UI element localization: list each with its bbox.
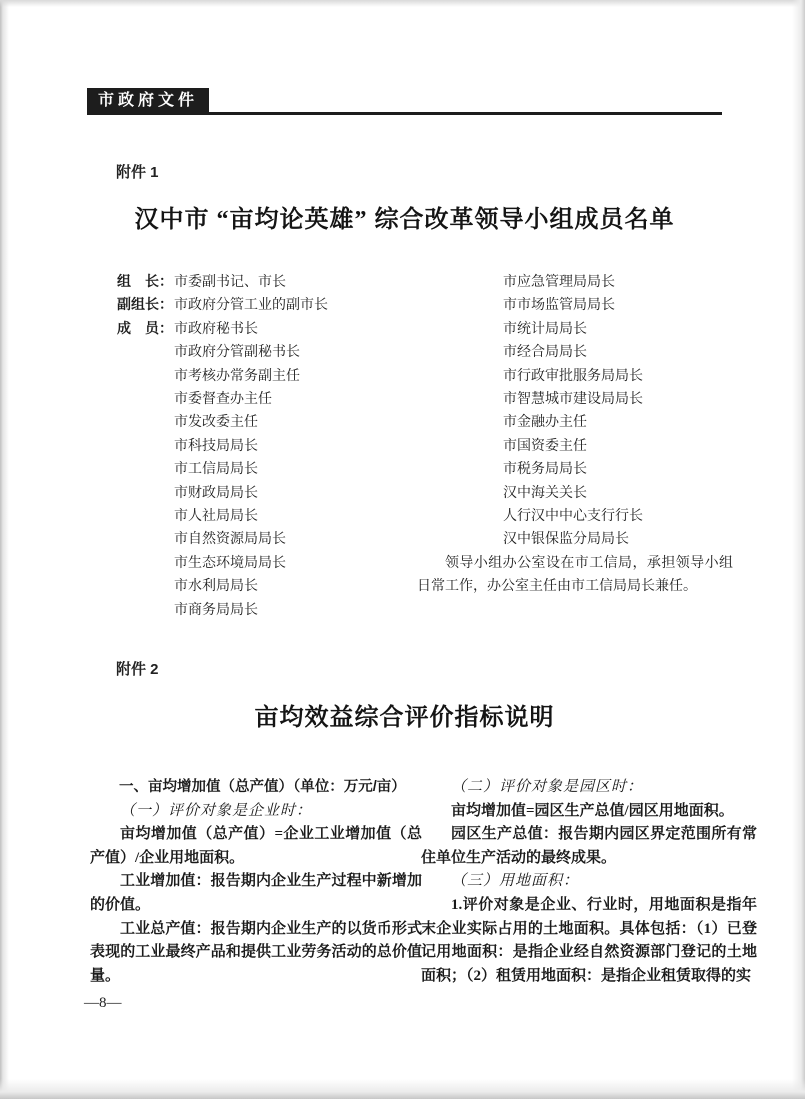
- page-edge-bottom: [0, 1079, 805, 1099]
- roster-row: 市科技局局长: [117, 435, 328, 458]
- roster-left-column: 组 长：市委副书记、市长 副组长：市政府分管工业的副市长 成 员：市政府秘书长 …: [117, 271, 328, 622]
- roster-member-name: 市金融办主任: [503, 415, 587, 430]
- roster-member-name: 市统计局局长: [503, 322, 587, 337]
- roster-role-label: 成 员：: [117, 318, 174, 341]
- header-label: 市政府文件: [87, 88, 209, 112]
- roster-member-name: 市政府分管副秘书长: [174, 345, 300, 360]
- roster-row: 市国资委主任: [503, 435, 643, 458]
- roster-member-name: 市生态环境局局长: [174, 556, 286, 571]
- roster-row: 市市场监管局局长: [503, 294, 643, 317]
- scanned-document-page: 市政府文件 附件 1 汉中市 “亩均论英雄” 综合改革领导小组成员名单 组 长：…: [0, 0, 805, 1099]
- roster-row: 市委督查办主任: [117, 388, 328, 411]
- roster-member-name: 汉中银保监分局局长: [503, 532, 629, 547]
- attachment2-label: 附件 2: [116, 658, 159, 679]
- roster-member-name: 市行政审批服务局局长: [503, 369, 643, 384]
- roster-member-name: 市智慧城市建设局局长: [503, 392, 643, 407]
- roster-row: 市工信局局长: [117, 458, 328, 481]
- body-paragraph: 亩均增加值=园区生产总值/园区用地面积。: [421, 800, 757, 824]
- body-paragraph: 亩均增加值（总产值）=企业工业增加值（总产值）/企业用地面积。: [90, 823, 422, 870]
- body-paragraph: 工业增加值：报告期内企业生产过程中新增加的价值。: [90, 870, 422, 917]
- roster-row: 市金融办主任: [503, 411, 643, 434]
- roster-member-name: 市经合局局长: [503, 345, 587, 360]
- roster-member-name: 市政府秘书长: [174, 322, 258, 337]
- roster-member-name: 市科技局局长: [174, 439, 258, 454]
- body-paragraph: 园区生产总值：报告期内园区界定范围所有常住单位生产活动的最终成果。: [421, 823, 757, 870]
- roster-member-name: 市委副书记、市长: [174, 275, 286, 290]
- roster-member-name: 汉中海关关长: [503, 486, 587, 501]
- roster-row: 市税务局局长: [503, 458, 643, 481]
- roster-row: 成 员：市政府秘书长: [117, 318, 328, 341]
- roster-member-name: 市委督查办主任: [174, 392, 272, 407]
- page-number: —8—: [84, 995, 122, 1012]
- roster-row: 市人社局局长: [117, 505, 328, 528]
- roster-row: 组 长：市委副书记、市长: [117, 271, 328, 294]
- attachment2-right-column: （二）评价对象是园区时： 亩均增加值=园区生产总值/园区用地面积。 园区生产总值…: [421, 776, 757, 988]
- page-edge-right: [792, 0, 805, 1099]
- document-header-rule: 市政府文件: [87, 88, 722, 115]
- roster-row: 汉中银保监分局局长: [503, 528, 643, 551]
- body-paragraph: 1.评价对象是企业、行业时，用地面积是指年末企业实际占用的土地面积。具体包括：（…: [421, 894, 757, 988]
- roster-row: 市财政局局长: [117, 482, 328, 505]
- roster-row: 市行政审批服务局局长: [503, 365, 643, 388]
- roster-member-name: 人行汉中中心支行行长: [503, 509, 643, 524]
- roster-member-name: 市水利局局长: [174, 579, 258, 594]
- roster-member-name: 市自然资源局局长: [174, 532, 286, 547]
- roster-member-name: 市国资委主任: [503, 439, 587, 454]
- roster-role-label: 组 长：: [117, 271, 174, 294]
- roster-member-name: 市发改委主任: [174, 415, 258, 430]
- roster-row: 市考核办常务副主任: [117, 365, 328, 388]
- roster-row: 市政府分管副秘书长: [117, 341, 328, 364]
- roster-row: 人行汉中中心支行行长: [503, 505, 643, 528]
- roster-row: 市发改委主任: [117, 411, 328, 434]
- roster-member-name: 市考核办常务副主任: [174, 369, 300, 384]
- attachment2-title: 亩均效益综合评价指标说明: [87, 697, 722, 732]
- body-paragraph: 工业总产值：报告期内企业生产的以货币形式表现的工业最终产品和提供工业劳务活动的总…: [90, 918, 422, 989]
- page-edge-top: [0, 0, 805, 7]
- roster-member-name: 市市场监管局局长: [503, 298, 615, 313]
- roster-row: 市统计局局长: [503, 318, 643, 341]
- body-paragraph: （一）评价对象是企业时：: [90, 800, 422, 824]
- roster-row: 市自然资源局局长: [117, 528, 328, 551]
- roster-row: 市应急管理局局长: [503, 271, 643, 294]
- body-paragraph: 一、亩均增加值（总产值）（单位：万元/亩）: [90, 776, 422, 800]
- page-edge-left: [0, 0, 9, 1099]
- roster-row: 市商务局局长: [117, 599, 328, 622]
- roster-member-name: 市商务局局长: [174, 603, 258, 618]
- roster-member-name: 市政府分管工业的副市长: [174, 298, 328, 313]
- roster-member-name: 市工信局局长: [174, 462, 258, 477]
- roster-row: 副组长：市政府分管工业的副市长: [117, 294, 328, 317]
- roster-member-name: 市税务局局长: [503, 462, 587, 477]
- roster-right-column: 市应急管理局局长 市市场监管局局长 市统计局局长 市经合局局长 市行政审批服务局…: [503, 271, 643, 552]
- roster-member-name: 市财政局局长: [174, 486, 258, 501]
- body-paragraph: （三）用地面积：: [421, 870, 757, 894]
- roster-row: 汉中海关关长: [503, 482, 643, 505]
- office-note-paragraph: 领导小组办公室设在市工信局，承担领导小组日常工作，办公室主任由市工信局局长兼任。: [417, 552, 733, 599]
- roster-row: 市智慧城市建设局局长: [503, 388, 643, 411]
- body-paragraph: （二）评价对象是园区时：: [421, 776, 757, 800]
- roster-row: 市经合局局长: [503, 341, 643, 364]
- attachment1-label: 附件 1: [116, 161, 159, 182]
- attachment1-title: 汉中市 “亩均论英雄” 综合改革领导小组成员名单: [87, 199, 722, 234]
- roster-row: 市生态环境局局长: [117, 552, 328, 575]
- roster-member-name: 市应急管理局局长: [503, 275, 615, 290]
- roster-row: 市水利局局长: [117, 575, 328, 598]
- roster-role-label: 副组长：: [117, 294, 174, 317]
- roster-member-name: 市人社局局长: [174, 509, 258, 524]
- attachment2-left-column: 一、亩均增加值（总产值）（单位：万元/亩） （一）评价对象是企业时： 亩均增加值…: [90, 776, 422, 988]
